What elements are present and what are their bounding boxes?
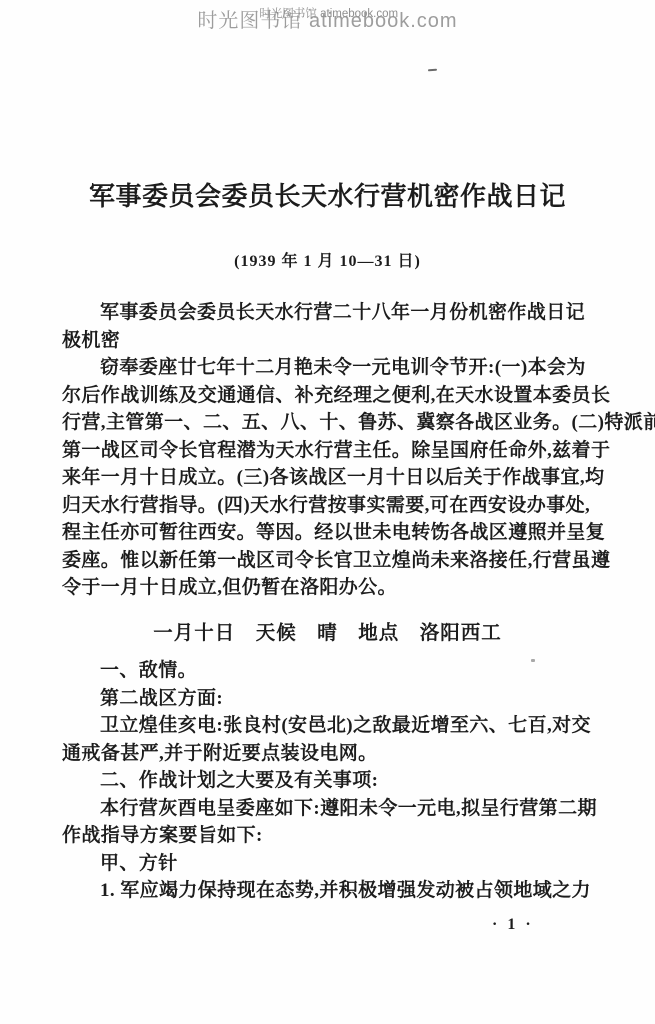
body-line: 二、作战计划之大要及有关事项:: [62, 767, 595, 795]
body-line: 尔后作战训练及交通通信、补充经理之便利,在天水设置本委员长: [62, 382, 595, 410]
body-line: 归天水行营指导。(四)天水行营按事实需要,可在西安设办事处,: [62, 492, 595, 520]
body-line: 一、敌情。: [62, 657, 595, 685]
entry-paragraphs: 一、敌情。 第二战区方面: 卫立煌佳亥电:张良村(安邑北)之敌最近增至六、七百,…: [62, 657, 595, 905]
body-line: 极机密: [62, 327, 595, 355]
body-line: 委座。惟以新任第一战区司令长官卫立煌尚未来洛接任,行营虽遵: [62, 547, 595, 575]
body-line: 第一战区司令长官程潜为天水行营主任。除呈国府任命外,兹着于: [62, 437, 595, 465]
body-line: 军事委员会委员长天水行营二十八年一月份机密作战日记: [62, 299, 595, 327]
page-number: · 1 ·: [492, 916, 534, 934]
body-line: 行营,主管第一、二、五、八、十、鲁苏、冀察各战区业务。(二)特派前: [62, 409, 595, 437]
diary-entry-heading: 一月十日 天候 晴 地点 洛阳西工: [0, 620, 655, 648]
intro-paragraphs: 军事委员会委员长天水行营二十八年一月份机密作战日记 极机密 窃奉委座廿七年十二月…: [62, 299, 595, 602]
date-line: (1939 年 1 月 10—31 日): [0, 248, 655, 271]
body-line: 第二战区方面:: [62, 685, 595, 713]
body-line: 本行营灰酉电呈委座如下:遵阳未令一元电,拟呈行营第二期: [62, 795, 595, 823]
body-line: 令于一月十日成立,但仍暂在洛阳办公。: [62, 574, 595, 602]
body-line: 程主任亦可暂往西安。等因。经以世未电转饬各战区遵照并呈复: [62, 519, 595, 547]
body-line: 作战指导方案要旨如下:: [62, 822, 595, 850]
watermark-text-small: 时光图书馆 atimebook.com: [259, 5, 398, 21]
scan-artifact-dash: [428, 69, 437, 72]
body-line: 窃奉委座廿七年十二月艳未令一元电训令节开:(一)本会为: [62, 354, 595, 382]
body-line: 通戒备甚严,并于附近要点装设电网。: [62, 740, 595, 768]
watermark: 时光图书馆 atimebook.com 时光图书馆 atimebook.com: [0, 4, 655, 33]
watermark-text-large: 时光图书馆 atimebook.com: [197, 10, 457, 32]
body-line: 来年一月十日成立。(三)各该战区一月十日以后关于作战事宜,均: [62, 464, 595, 492]
scanned-book-page: 时光图书馆 atimebook.com 时光图书馆 atimebook.com …: [0, 0, 655, 1024]
document-title: 军事委员会委员长天水行营机密作战日记: [0, 176, 655, 213]
body-line: 1. 军应竭力保持现在态势,并积极增强发动被占领地域之力: [62, 877, 595, 905]
body-line: 卫立煌佳亥电:张良村(安邑北)之敌最近增至六、七百,对交: [62, 712, 595, 740]
body-line: 甲、方针: [62, 850, 595, 878]
